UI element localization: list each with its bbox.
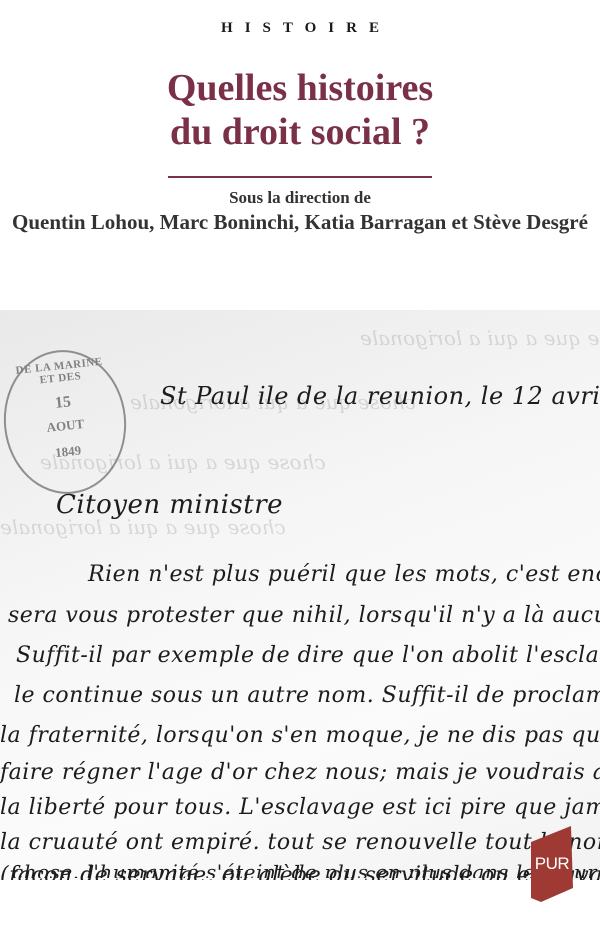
letter-dateline: St Paul ile de la reunion, le 12 avril 1… <box>160 382 600 410</box>
letter-line: la liberté pour tous. L'esclavage est ic… <box>0 795 600 820</box>
title-line-1: Quelles histoires <box>0 66 600 110</box>
letter-line: Suffit-il par exemple de dire que l'on a… <box>16 643 600 668</box>
book-title: Quelles histoires du droit social ? <box>0 66 600 154</box>
title-rule <box>168 176 432 178</box>
letter-line: la cruauté ont empiré. tout se renouvell… <box>0 830 600 855</box>
title-line-2: du droit social ? <box>0 110 600 154</box>
marine-stamp: DE LA MARINE ET DES 15 AOUT 1849 <box>0 344 133 500</box>
stamp-ring-text: DE LA MARINE ET DES <box>6 355 114 390</box>
publisher-logo-text: PUR <box>531 854 573 874</box>
letter-line: la fraternité, lorsqu'on s'en moque, je … <box>0 723 600 748</box>
publisher-logo: PUR <box>531 826 573 902</box>
letter-line: faire régner l'age d'or chez nous; mais … <box>0 760 600 785</box>
letter-salutation: Citoyen ministre <box>56 490 283 520</box>
editors-names: Quentin Lohou, Marc Boninchi, Katia Barr… <box>0 210 600 235</box>
stamp-year: 1849 <box>9 438 128 466</box>
manuscript-photo: chose que a qui a lorigonale chose que a… <box>0 310 600 880</box>
editors-intro: Sous la direction de <box>0 188 600 208</box>
letter-line-last: chose. l'humanité s'éteint de plus en pl… <box>12 860 597 884</box>
ghost-text: chose que a qui a lorigonale <box>360 326 600 350</box>
letter-line: sera vous protester que nihil, lorsqu'il… <box>8 603 600 628</box>
collection-label: HISTOIRE <box>0 20 600 37</box>
letter-line: le continue sous un autre nom. Suffit-il… <box>14 683 600 708</box>
letter-line: Rien n'est plus puéril que les mots, c'e… <box>88 562 600 587</box>
